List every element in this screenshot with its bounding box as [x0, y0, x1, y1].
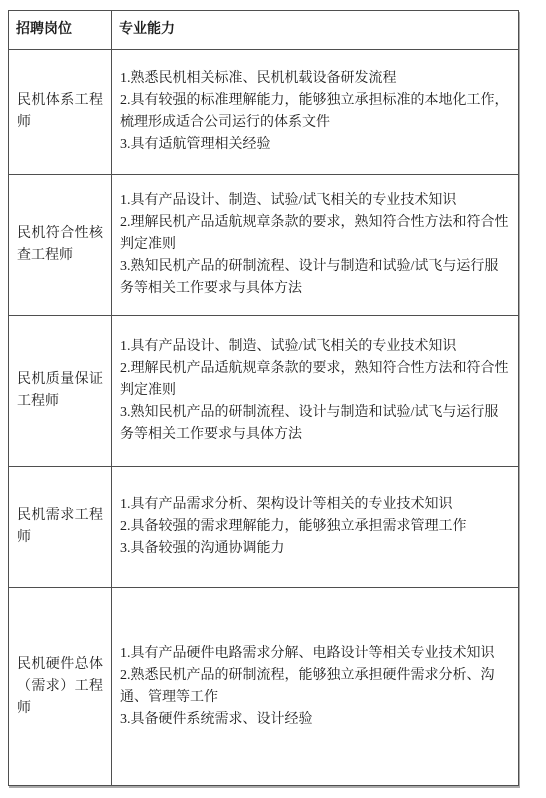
- position-cell: 民机质量保证工程师: [9, 316, 112, 467]
- header-ability: 专业能力: [112, 11, 519, 50]
- ability-cell: 1.具有产品设计、制造、试验/试飞相关的专业技术知识 2.理解民机产品适航规章条…: [112, 175, 519, 316]
- table-row: 民机硬件总体（需求）工程师 1.具有产品硬件电路需求分解、电路设计等相关专业技术…: [9, 588, 519, 786]
- ability-cell: 1.熟悉民机相关标准、民机机载设备研发流程 2.具有较强的标准理解能力，能够独立…: [112, 50, 519, 175]
- position-cell: 民机体系工程师: [9, 50, 112, 175]
- header-position: 招聘岗位: [9, 11, 112, 50]
- page: 招聘岗位 专业能力 民机体系工程师 1.熟悉民机相关标准、民机机载设备研发流程 …: [0, 0, 546, 798]
- table-row: 民机符合性核查工程师 1.具有产品设计、制造、试验/试飞相关的专业技术知识 2.…: [9, 175, 519, 316]
- table-row: 民机需求工程师 1.具有产品需求分析、架构设计等相关的专业技术知识 2.具备较强…: [9, 467, 519, 588]
- recruitment-table: 招聘岗位 专业能力 民机体系工程师 1.熟悉民机相关标准、民机机载设备研发流程 …: [8, 10, 519, 786]
- table-row: 民机质量保证工程师 1.具有产品设计、制造、试验/试飞相关的专业技术知识 2.理…: [9, 316, 519, 467]
- table-row: 民机体系工程师 1.熟悉民机相关标准、民机机载设备研发流程 2.具有较强的标准理…: [9, 50, 519, 175]
- position-cell: 民机符合性核查工程师: [9, 175, 112, 316]
- position-cell: 民机需求工程师: [9, 467, 112, 588]
- header-row: 招聘岗位 专业能力: [9, 11, 519, 50]
- ability-cell: 1.具有产品需求分析、架构设计等相关的专业技术知识 2.具备较强的需求理解能力，…: [112, 467, 519, 588]
- position-cell: 民机硬件总体（需求）工程师: [9, 588, 112, 786]
- ability-cell: 1.具有产品设计、制造、试验/试飞相关的专业技术知识 2.理解民机产品适航规章条…: [112, 316, 519, 467]
- ability-cell: 1.具有产品硬件电路需求分解、电路设计等相关专业技术知识 2.熟悉民机产品的研制…: [112, 588, 519, 786]
